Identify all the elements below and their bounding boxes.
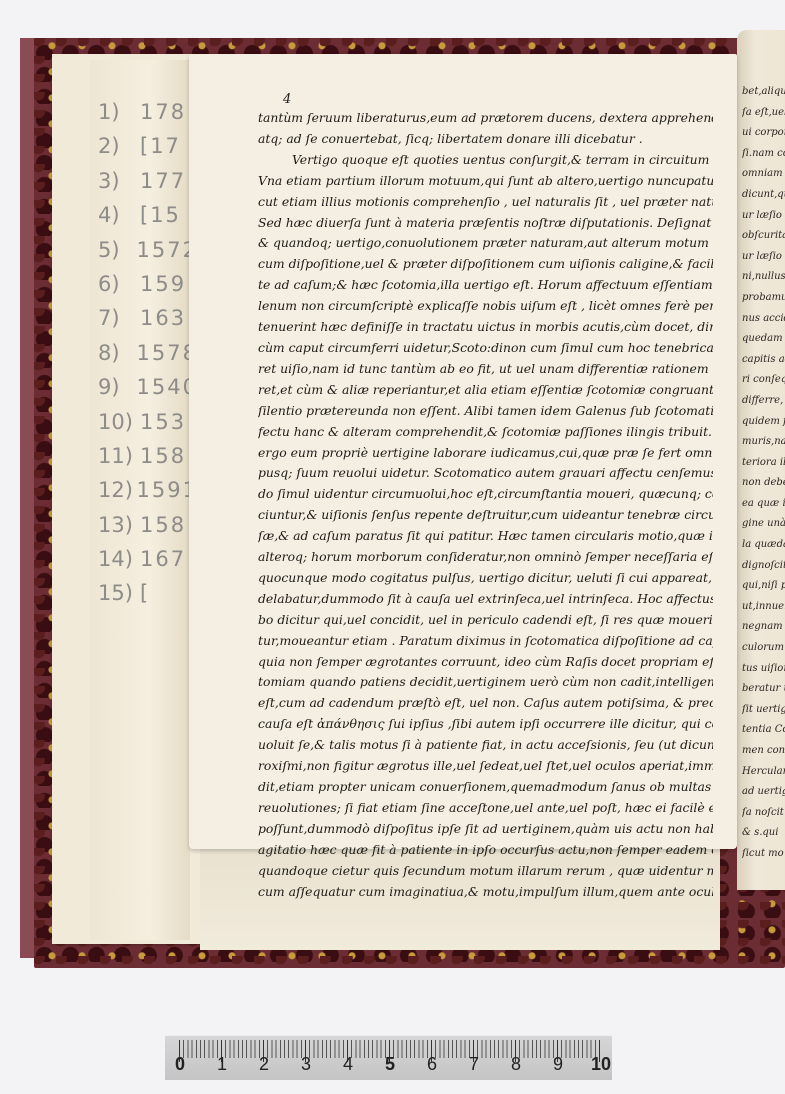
scale-ruler: 012345678910: [165, 1035, 612, 1080]
facing-text-line: Herculano: [742, 762, 785, 783]
note-index: 12): [98, 478, 137, 512]
facing-text-line: la quædam co: [742, 535, 785, 556]
note-value: [15: [140, 203, 181, 237]
text-line: cùm caput circumferri uidetur,Scoto:dino…: [258, 338, 713, 359]
handwritten-note: 15)[: [98, 581, 198, 615]
note-index: 3): [98, 169, 140, 203]
facing-text-line: culorum eius: [742, 638, 785, 659]
text-line: ret,et cùm & aliæ reperiantur,et alia et…: [258, 380, 713, 401]
text-line: agitatio hæc quæ fit à patiente in ipſo …: [258, 840, 713, 861]
text-line: quocunque modo cogitatus pulſus, uertigo…: [258, 568, 713, 589]
facing-text-line: ad uertig: [742, 782, 785, 803]
text-line: atq; ad ſe conuertebat, ſicq; libertatem…: [258, 129, 713, 150]
text-line: tantùm ſeruum liberaturus,eum ad prætore…: [258, 108, 713, 129]
facing-text-line: differre, uerir: [742, 391, 785, 412]
text-line: eſt,cum ad cadendum præſtò eſt, uel non.…: [258, 693, 713, 714]
facing-text-line: bet,aliquando c: [742, 82, 785, 103]
facing-text-line: ſit uertigo (: [742, 700, 785, 721]
note-value: 153: [140, 410, 186, 444]
facing-text-line: quidem ſunt h: [742, 412, 785, 433]
facing-text-line: qui,niſi poſt: [742, 576, 785, 597]
text-line: uoluit ſe,& talis motus ſi à patiente fi…: [258, 735, 713, 756]
note-index: 8): [98, 341, 137, 375]
ruler-label: 7: [469, 1054, 479, 1075]
facing-text-line: obſcuritas diſpo: [742, 226, 785, 247]
text-line: cut etiam illius motionis comprehenſio ,…: [258, 192, 713, 213]
note-index: 1): [98, 100, 140, 134]
note-value: [: [140, 581, 150, 615]
facing-page-text: bet,aliquando cſa eſt,uel quia ſui corpo…: [742, 82, 785, 865]
text-line: cauſa eſt ἀπάνθησις ſui ipſius ,ſibi aut…: [258, 714, 713, 735]
ruler-label: 0: [175, 1054, 185, 1075]
facing-text-line: negnam licet: [742, 617, 785, 638]
text-line: quandoque cietur quis ſecundum motum ill…: [258, 861, 713, 882]
note-index: 5): [98, 238, 137, 272]
facing-text-line: dignoſcitur qu: [742, 556, 785, 577]
text-line: bo dicitur qui,uel concidit, uel in peri…: [258, 610, 713, 631]
note-value: 158: [140, 444, 186, 478]
facing-text-line: men contra: [742, 741, 785, 762]
facing-text-line: muris,nam ci: [742, 432, 785, 453]
ruler-label: 3: [301, 1054, 311, 1075]
handwritten-note: 11)158: [98, 444, 198, 478]
facing-text-line: quedam quæ no: [742, 329, 785, 350]
text-line: roxiſmi,non figitur ægrotus ille,uel ſed…: [258, 756, 713, 777]
note-value: 159: [140, 272, 186, 306]
ruler-label: 1: [217, 1054, 227, 1075]
text-line: tur,moueantur etiam . Paratum diximus in…: [258, 631, 713, 652]
note-index: 10): [98, 410, 140, 444]
facing-text-line: & s.qui: [742, 823, 785, 844]
note-value: 158: [140, 513, 186, 547]
text-line: cum diſpoſitione,uel & præter diſpoſitio…: [258, 254, 713, 275]
facing-text-line: tentia Cœli: [742, 720, 785, 741]
handwritten-note: 6)159: [98, 272, 198, 306]
ruler-labels: 012345678910: [173, 1054, 613, 1076]
text-line: dit,etiam propter unicam conuerſionem,qu…: [258, 777, 713, 798]
facing-text-line: probamus diuiſ: [742, 288, 785, 309]
text-line: quia non ſemper ægrotantes corruunt, ide…: [258, 652, 713, 673]
handwritten-note: 2)[17: [98, 134, 198, 168]
facing-text-line: ſi.nam corpore,: [742, 144, 785, 165]
note-value: [17: [140, 134, 181, 168]
facing-text-line: gine unà cum: [742, 514, 785, 535]
note-value: 163: [140, 306, 186, 340]
note-value: 178: [140, 100, 186, 134]
text-line: te ad caſum;& hæc ſcotomia,illa uertigo …: [258, 275, 713, 296]
facing-text-line: nus accidens co: [742, 309, 785, 330]
page-body-text: tantùm ſeruum liberaturus,eum ad prætore…: [258, 108, 713, 902]
facing-text-line: ui corporis exit: [742, 123, 785, 144]
text-line: ergo eum propriè uertigine laborare iudi…: [258, 443, 713, 464]
facing-text-line: non deberen: [742, 473, 785, 494]
note-index: 4): [98, 203, 140, 237]
note-index: 15): [98, 581, 140, 615]
ruler-label: 9: [553, 1054, 563, 1075]
facing-text-line: dicunt,quando n: [742, 185, 785, 206]
text-line: ſilentio prætereunda non eſſent. Alibi t…: [258, 401, 713, 422]
handwritten-note: 1)178: [98, 100, 198, 134]
ruler-label: 8: [511, 1054, 521, 1075]
ruler-label: 6: [427, 1054, 437, 1075]
facing-text-line: teriora illa q: [742, 453, 785, 474]
note-index: 14): [98, 547, 140, 581]
handwritten-note: 12)1591: [98, 478, 198, 512]
facing-text-line: ri conſequatur: [742, 370, 785, 391]
text-line: Vertigo quoque eſt quoties uentus conſur…: [258, 150, 713, 171]
note-index: 6): [98, 272, 140, 306]
text-line: reuolutiones; ſi fiat etiam ſine acceſto…: [258, 798, 713, 819]
note-value: 167: [140, 547, 186, 581]
page-number: 4: [283, 92, 291, 107]
facing-text-line: ut,innuens ſc: [742, 597, 785, 618]
handwritten-note: 7)163: [98, 306, 198, 340]
text-line: cum aſſequatur cum imaginatiua,& motu,im…: [258, 882, 713, 903]
note-index: 7): [98, 306, 140, 340]
handwritten-note: 14)167: [98, 547, 198, 581]
facing-text-line: ur læſio in cali: [742, 247, 785, 268]
facing-text-line: ſa noſcit: [742, 803, 785, 824]
text-line: do ſimul uidentur circumuolui,hoc eſt,ci…: [258, 484, 713, 505]
text-line: pusq; ſuum reuolui uidetur. Scotomatico …: [258, 463, 713, 484]
facing-text-line: ea quæ in def: [742, 494, 785, 515]
note-index: 11): [98, 444, 140, 478]
text-line: Vna etiam partium illorum motuum,qui ſun…: [258, 171, 713, 192]
facing-text-line: ſa eſt,uel quia ſ: [742, 103, 785, 124]
text-line: poſſunt,dummodò diſpoſitus ipſe ſit ad u…: [258, 819, 713, 840]
note-index: 13): [98, 513, 140, 547]
text-line: & quandoq; uertigo,conuolutionem præter …: [258, 233, 713, 254]
facing-text-line: ſicut mo: [742, 844, 785, 865]
facing-text-line: capitis ad uerti: [742, 350, 785, 371]
text-line: delabatur,dummodo ſit à cauſa uel extrin…: [258, 589, 713, 610]
text-line: tomiam quando patiens decidit,uertiginem…: [258, 672, 713, 693]
facing-text-line: beratur uerti: [742, 679, 785, 700]
text-line: ret uiſio,nam id tunc tantùm ab eo fit, …: [258, 359, 713, 380]
ruler-label: 2: [259, 1054, 269, 1075]
text-line: Sed hæc diuerſa ſunt à materia præſentis…: [258, 213, 713, 234]
text-line: tenuerint hæc definiſſe in tractatu uict…: [258, 317, 713, 338]
ruler-label: 4: [343, 1054, 353, 1075]
note-index: 2): [98, 134, 140, 168]
text-line: ſæ,& ad caſum paratus ſit qui patitur. H…: [258, 526, 713, 547]
handwritten-note: 3)177: [98, 169, 198, 203]
note-value: 177: [140, 169, 186, 203]
ruler-label: 10: [591, 1054, 611, 1075]
handwritten-note: 5)1572: [98, 238, 198, 272]
ruler-label: 5: [385, 1054, 395, 1075]
text-line: lenum non circumſcriptè explicaſſe nobis…: [258, 296, 713, 317]
handwritten-note: 10)153: [98, 410, 198, 444]
facing-text-line: ur læſio in ima: [742, 206, 785, 227]
handwritten-note: 13)158: [98, 513, 198, 547]
text-line: alteroq; horum morborum conſideratur,non…: [258, 547, 713, 568]
note-index: 9): [98, 375, 137, 409]
handwritten-notes-list: 1)1782)[173)1774)[155)15726)1597)1638)15…: [98, 100, 198, 616]
handwritten-note: 4)[15: [98, 203, 198, 237]
facing-text-line: omniam uarie de: [742, 164, 785, 185]
text-line: fectu hanc & alteram comprehendit,& ſcot…: [258, 422, 713, 443]
handwritten-note: 8)1578: [98, 341, 198, 375]
text-line: ciuntur,& uiſionis ſenſus repente deſtru…: [258, 505, 713, 526]
facing-text-line: tus uiſionis,n: [742, 659, 785, 680]
facing-text-line: ni,nullusq; fri: [742, 267, 785, 288]
handwritten-note: 9)1540: [98, 375, 198, 409]
